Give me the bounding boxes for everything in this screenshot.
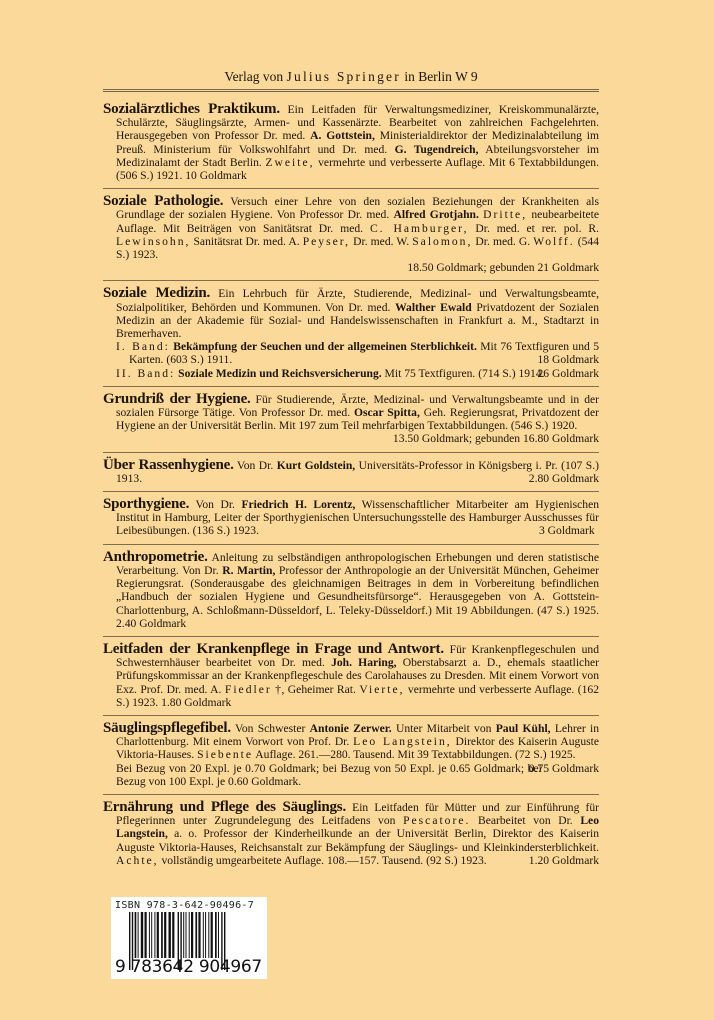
bulk-pricing: Bei Bezug von 20 Expl. je 0.70 Goldmark;… bbox=[103, 762, 599, 788]
author-name: Oscar Spitta, bbox=[354, 406, 420, 419]
book-entry: Soziale Medizin. Ein Lehrbuch für Ärzte,… bbox=[103, 284, 599, 382]
book-title: Soziale Medizin. bbox=[103, 285, 210, 301]
book-title: Sozialärztliches Praktikum. bbox=[103, 101, 280, 117]
entry-divider bbox=[103, 386, 599, 387]
edition-label: Achte, bbox=[116, 854, 159, 867]
book-entry: Soziale Pathologie. Versuch einer Lehre … bbox=[103, 192, 599, 277]
book-title: Grundriß der Hygiene. bbox=[103, 391, 251, 407]
book-title: Soziale Pathologie. bbox=[103, 193, 223, 209]
book-price: 1.20 Goldmark bbox=[542, 854, 599, 867]
book-entry: Sporthygiene. Von Dr. Friedrich H. Loren… bbox=[103, 495, 599, 541]
entry-divider bbox=[103, 452, 599, 453]
author-name: Walther Ewald bbox=[395, 301, 472, 314]
book-title: Leitfaden der Krankenpflege in Frage und… bbox=[103, 641, 444, 657]
volume-list: I. Band: Bekämpfung der Seuchen und der … bbox=[103, 340, 599, 380]
isbn-barcode: ISBN 978-3-642-90496-7 9 783642 904967 bbox=[111, 897, 267, 979]
book-entry: Sozialärztliches Praktikum. Ein Leitfade… bbox=[103, 100, 599, 185]
header-prefix: Verlag von bbox=[224, 69, 283, 84]
author-name: Antonie Zerwer. bbox=[310, 722, 392, 735]
book-title: Ernährung und Pflege des Säuglings. bbox=[103, 799, 346, 815]
book-price: 18.50 Goldmark; gebunden 21 Goldmark bbox=[103, 261, 599, 274]
book-price: 3 Goldmark bbox=[552, 524, 599, 537]
book-entry: Grundriß der Hygiene. Für Studierende, Ä… bbox=[103, 390, 599, 449]
author-name: G. Tugendreich, bbox=[395, 143, 479, 156]
book-title: Über Rassenhygiene. bbox=[103, 457, 234, 473]
edition-label: Dritte, bbox=[483, 208, 527, 221]
author-name: Joh. Haring, bbox=[331, 656, 396, 669]
catalog-page: Verlag von Julius Springer in Berlin W 9… bbox=[103, 68, 599, 870]
author-name: Friedrich H. Lorentz, bbox=[241, 498, 355, 511]
book-price: 0.75 Goldmark bbox=[542, 762, 599, 775]
volume-title: Soziale Medizin und Reichsversicherung. bbox=[178, 367, 382, 380]
book-entry: Über Rassenhygiene. Von Dr. Kurt Goldste… bbox=[103, 456, 599, 488]
volume-item: I. Band: Bekämpfung der Seuchen und der … bbox=[116, 340, 599, 366]
header-suffix: in Berlin W 9 bbox=[404, 69, 477, 84]
book-title: Anthropometrie. bbox=[103, 549, 208, 565]
author-name: R. Martin, bbox=[222, 564, 275, 577]
entry-divider bbox=[103, 544, 599, 545]
entry-divider bbox=[103, 491, 599, 492]
entry-divider bbox=[103, 280, 599, 281]
book-entry: Säuglingspflegefibel. Von Schwester Anto… bbox=[103, 719, 599, 791]
author-name: Paul Kühl, bbox=[496, 722, 551, 735]
edition-label: Siebente bbox=[197, 748, 253, 761]
book-title: Sporthygiene. bbox=[103, 496, 189, 512]
volume-price: 18 Goldmark bbox=[550, 353, 599, 366]
book-entry: Anthropometrie. Anleitung zu selbständig… bbox=[103, 548, 599, 633]
isbn-digits: 9 783642 904967 bbox=[115, 957, 262, 977]
edition-label: Vierte, bbox=[359, 683, 404, 696]
entry-divider bbox=[103, 636, 599, 637]
author-name: Alfred Grotjahn. bbox=[394, 208, 479, 221]
publisher-name: Julius Springer bbox=[287, 69, 401, 84]
volume-item: II. Band: Soziale Medizin und Reichsvers… bbox=[116, 367, 599, 380]
book-title: Säuglingspflegefibel. bbox=[103, 720, 231, 736]
book-price: 13.50 Goldmark; gebunden 16.80 Goldmark bbox=[103, 432, 599, 445]
book-price: 2.80 Goldmark bbox=[542, 472, 599, 485]
header-rule bbox=[103, 89, 599, 92]
entry-divider bbox=[103, 715, 599, 716]
book-entry: Leitfaden der Krankenpflege in Frage und… bbox=[103, 640, 599, 712]
author-name: A. Gottstein, bbox=[310, 129, 375, 142]
entry-divider bbox=[103, 188, 599, 189]
entry-divider bbox=[103, 794, 599, 795]
volume-title: Bekämpfung der Seuchen und der allgemein… bbox=[173, 340, 477, 353]
edition-label: Zweite, bbox=[265, 156, 314, 169]
publisher-header: Verlag von Julius Springer in Berlin W 9 bbox=[103, 68, 599, 85]
book-entry: Ernährung und Pflege des Säuglings. Ein … bbox=[103, 798, 599, 870]
volume-price: 26 Goldmark bbox=[550, 367, 599, 380]
author-name: Kurt Goldstein, bbox=[277, 459, 355, 472]
